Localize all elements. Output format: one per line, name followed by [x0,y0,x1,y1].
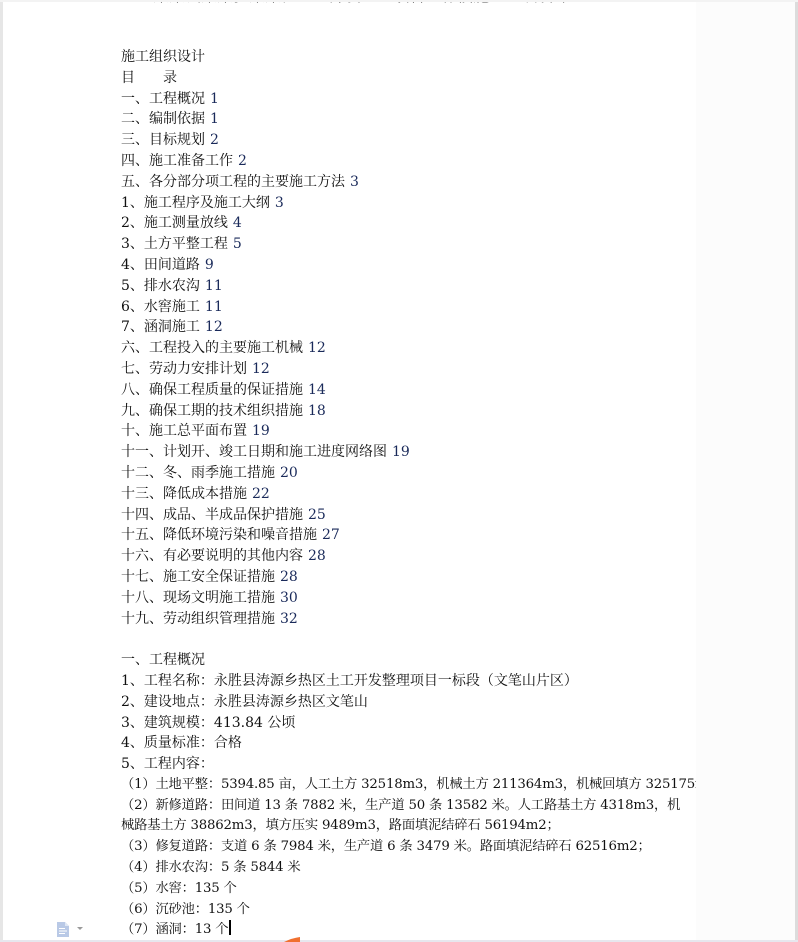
toc-entry-label: 十一、计划开、竣工日期和施工进度网络图 [121,444,387,460]
toc-entry-label: 2、施工测量放线 [121,215,228,231]
toc-entry[interactable]: 二、编制依据1 [121,109,691,130]
project-name-line: 1、工程名称：永胜县涛源乡热区土工开发整理项目一标段（文笔山片区） [121,671,691,692]
toc-entry-page: 1 [210,111,219,127]
document-title: 施工组织设计 [121,47,691,68]
toc-entry-page: 18 [308,403,326,419]
toc-entry-label: 十二、冬、雨季施工措施 [121,465,275,481]
content-item-drainage: （4）排水农沟：5 条 5844 米 [121,858,691,879]
toc-entry[interactable]: 2、施工测量放线4 [121,213,691,234]
content-item-water-cellar: （5）水窖：135 个 [121,879,691,900]
blank-line [121,629,691,650]
construction-site-line: 2、建设地点：永胜县涛源乡热区文笔山 [121,692,691,713]
paste-options-button[interactable] [57,922,69,937]
toc-entry-page: 12 [252,361,270,377]
toc-entry[interactable]: 十、施工总平面布置19 [121,421,691,442]
toc-entry-page: 20 [280,465,298,481]
text-cursor [229,920,231,935]
construction-scale-line: 3、建筑规模：413.84 公顷 [121,713,691,734]
section-project-overview: 一、工程概况 1、工程名称：永胜县涛源乡热区土工开发整理项目一标段（文笔山片区）… [121,650,691,941]
orange-swoosh-icon [284,937,300,942]
toc-entry-page: 1 [210,91,219,107]
right-margin-area [696,0,798,942]
toc-entry[interactable]: 八、确保工程质量的保证措施14 [121,380,691,401]
toc-entry[interactable]: 十二、冬、雨季施工措施20 [121,463,691,484]
toc-entry-label: 十六、有必要说明的其他内容 [121,548,303,564]
toc-entry-page: 28 [308,548,326,564]
toc-entry-label: 6、水窖施工 [121,299,200,315]
toc-entry-page: 19 [252,423,270,439]
toc-entry-label: 十七、施工安全保证措施 [121,569,275,585]
toc-entry[interactable]: 十八、现场文明施工措施30 [121,588,691,609]
toc-entry-page: 11 [205,299,223,315]
toc-entry[interactable]: 三、目标规划2 [121,130,691,151]
toc-entry-page: 5 [233,236,242,252]
document-page: 某某县某某乡某某区土工开发整理项目一标段施工组织设计 施工组织设计 目 录 一、… [0,0,696,942]
left-window-edge [0,0,3,942]
toc-entry-label: 十四、成品、半成品保护措施 [121,507,303,523]
quality-standard-line: 4、质量标准：合格 [121,733,691,754]
toc-entry-label: 二、编制依据 [121,111,205,127]
toc-entry-page: 3 [350,174,359,190]
toc-entry[interactable]: 十九、劳动组织管理措施32 [121,609,691,630]
toc-entry-label: 七、劳动力安排计划 [121,361,247,377]
toc-entry-page: 9 [205,257,214,273]
toc-entry-page: 11 [205,278,223,294]
toc-heading: 目 录 [121,68,691,89]
toc-entry[interactable]: 十六、有必要说明的其他内容28 [121,546,691,567]
toc-entry-label: 5、排水农沟 [121,278,200,294]
toc-entry-label: 八、确保工程质量的保证措施 [121,382,303,398]
toc-entry-page: 27 [322,527,340,543]
toc-entry-label: 九、确保工期的技术组织措施 [121,403,303,419]
toc-entry[interactable]: 十三、降低成本措施22 [121,484,691,505]
toc-entry[interactable]: 7、涵洞施工12 [121,317,691,338]
content-item-sediment-tank: （6）沉砂池：135 个 [121,900,691,921]
content-item-road-repair: （3）修复道路：支道 6 条 7984 米，生产道 6 条 3479 米。路面填… [121,837,691,858]
document-body[interactable]: 施工组织设计 目 录 一、工程概况1 二、编制依据1 三、目标规划2 四、施工准… [121,47,691,941]
toc-entry[interactable]: 3、土方平整工程5 [121,234,691,255]
toc-entry[interactable]: 九、确保工期的技术组织措施18 [121,401,691,422]
toc-entry-page: 4 [233,215,242,231]
toc-entry-label: 四、施工准备工作 [121,153,233,169]
toc-entry-label: 1、施工程序及施工大纲 [121,195,270,211]
toc-entry[interactable]: 六、工程投入的主要施工机械12 [121,338,691,359]
document-paste-icon [57,922,69,937]
top-border [0,0,798,2]
toc-entry[interactable]: 一、工程概况1 [121,89,691,110]
toc-entry-label: 五、各分部分项工程的主要施工方法 [121,174,345,190]
toc-entry[interactable]: 十四、成品、半成品保护措施25 [121,505,691,526]
toc-entry-label: 一、工程概况 [121,91,205,107]
toc-entry-page: 32 [280,611,298,627]
toc-entry-page: 28 [280,569,298,585]
content-item-land-leveling: （1）土地平整：5394.85 亩，人工土方 32518m3，机械土方 2113… [121,775,691,796]
toc-entry[interactable]: 4、田间道路9 [121,255,691,276]
toc-entry[interactable]: 5、排水农沟11 [121,276,691,297]
toc-entry[interactable]: 七、劳动力安排计划12 [121,359,691,380]
toc-entry[interactable]: 十七、施工安全保证措施28 [121,567,691,588]
toc-entry-label: 3、土方平整工程 [121,236,228,252]
toc-entry-page: 30 [280,590,298,606]
table-of-contents: 一、工程概况1 二、编制依据1 三、目标规划2 四、施工准备工作2 五、各分部分… [121,89,691,630]
toc-entry[interactable]: 十五、降低环境污染和噪音措施27 [121,525,691,546]
toc-entry-label: 六、工程投入的主要施工机械 [121,340,303,356]
content-item-culvert[interactable]: （7）涵洞：13 个 [121,920,691,941]
toc-entry-page: 2 [238,153,247,169]
toc-entry-page: 12 [308,340,326,356]
toc-entry[interactable]: 1、施工程序及施工大纲3 [121,193,691,214]
toc-entry-label: 三、目标规划 [121,132,205,148]
toc-entry-label: 7、涵洞施工 [121,319,200,335]
project-content-line: 5、工程内容： [121,754,691,775]
toc-entry[interactable]: 6、水窖施工11 [121,297,691,318]
toc-entry-page: 19 [392,444,410,460]
toc-entry-label: 4、田间道路 [121,257,200,273]
culvert-text: （7）涵洞：13 个 [121,922,228,937]
toc-entry-page: 3 [275,195,284,211]
content-item-new-roads: （2）新修道路：田间道 13 条 7882 米，生产道 50 条 13582 米… [121,796,691,838]
toc-entry-page: 14 [308,382,326,398]
toc-entry[interactable]: 五、各分部分项工程的主要施工方法3 [121,172,691,193]
toc-entry-page: 12 [205,319,223,335]
toc-entry-page: 22 [252,486,270,502]
chevron-down-icon[interactable] [77,927,83,930]
toc-entry-page: 2 [210,132,219,148]
section-heading: 一、工程概况 [121,650,691,671]
toc-entry[interactable]: 十一、计划开、竣工日期和施工进度网络图19 [121,442,691,463]
toc-entry-label: 十、施工总平面布置 [121,423,247,439]
toc-entry-label: 十三、降低成本措施 [121,486,247,502]
toc-entry[interactable]: 四、施工准备工作2 [121,151,691,172]
toc-entry-page: 25 [308,507,326,523]
toc-entry-label: 十九、劳动组织管理措施 [121,611,275,627]
toc-entry-label: 十八、现场文明施工措施 [121,590,275,606]
toc-entry-label: 十五、降低环境污染和噪音措施 [121,527,317,543]
